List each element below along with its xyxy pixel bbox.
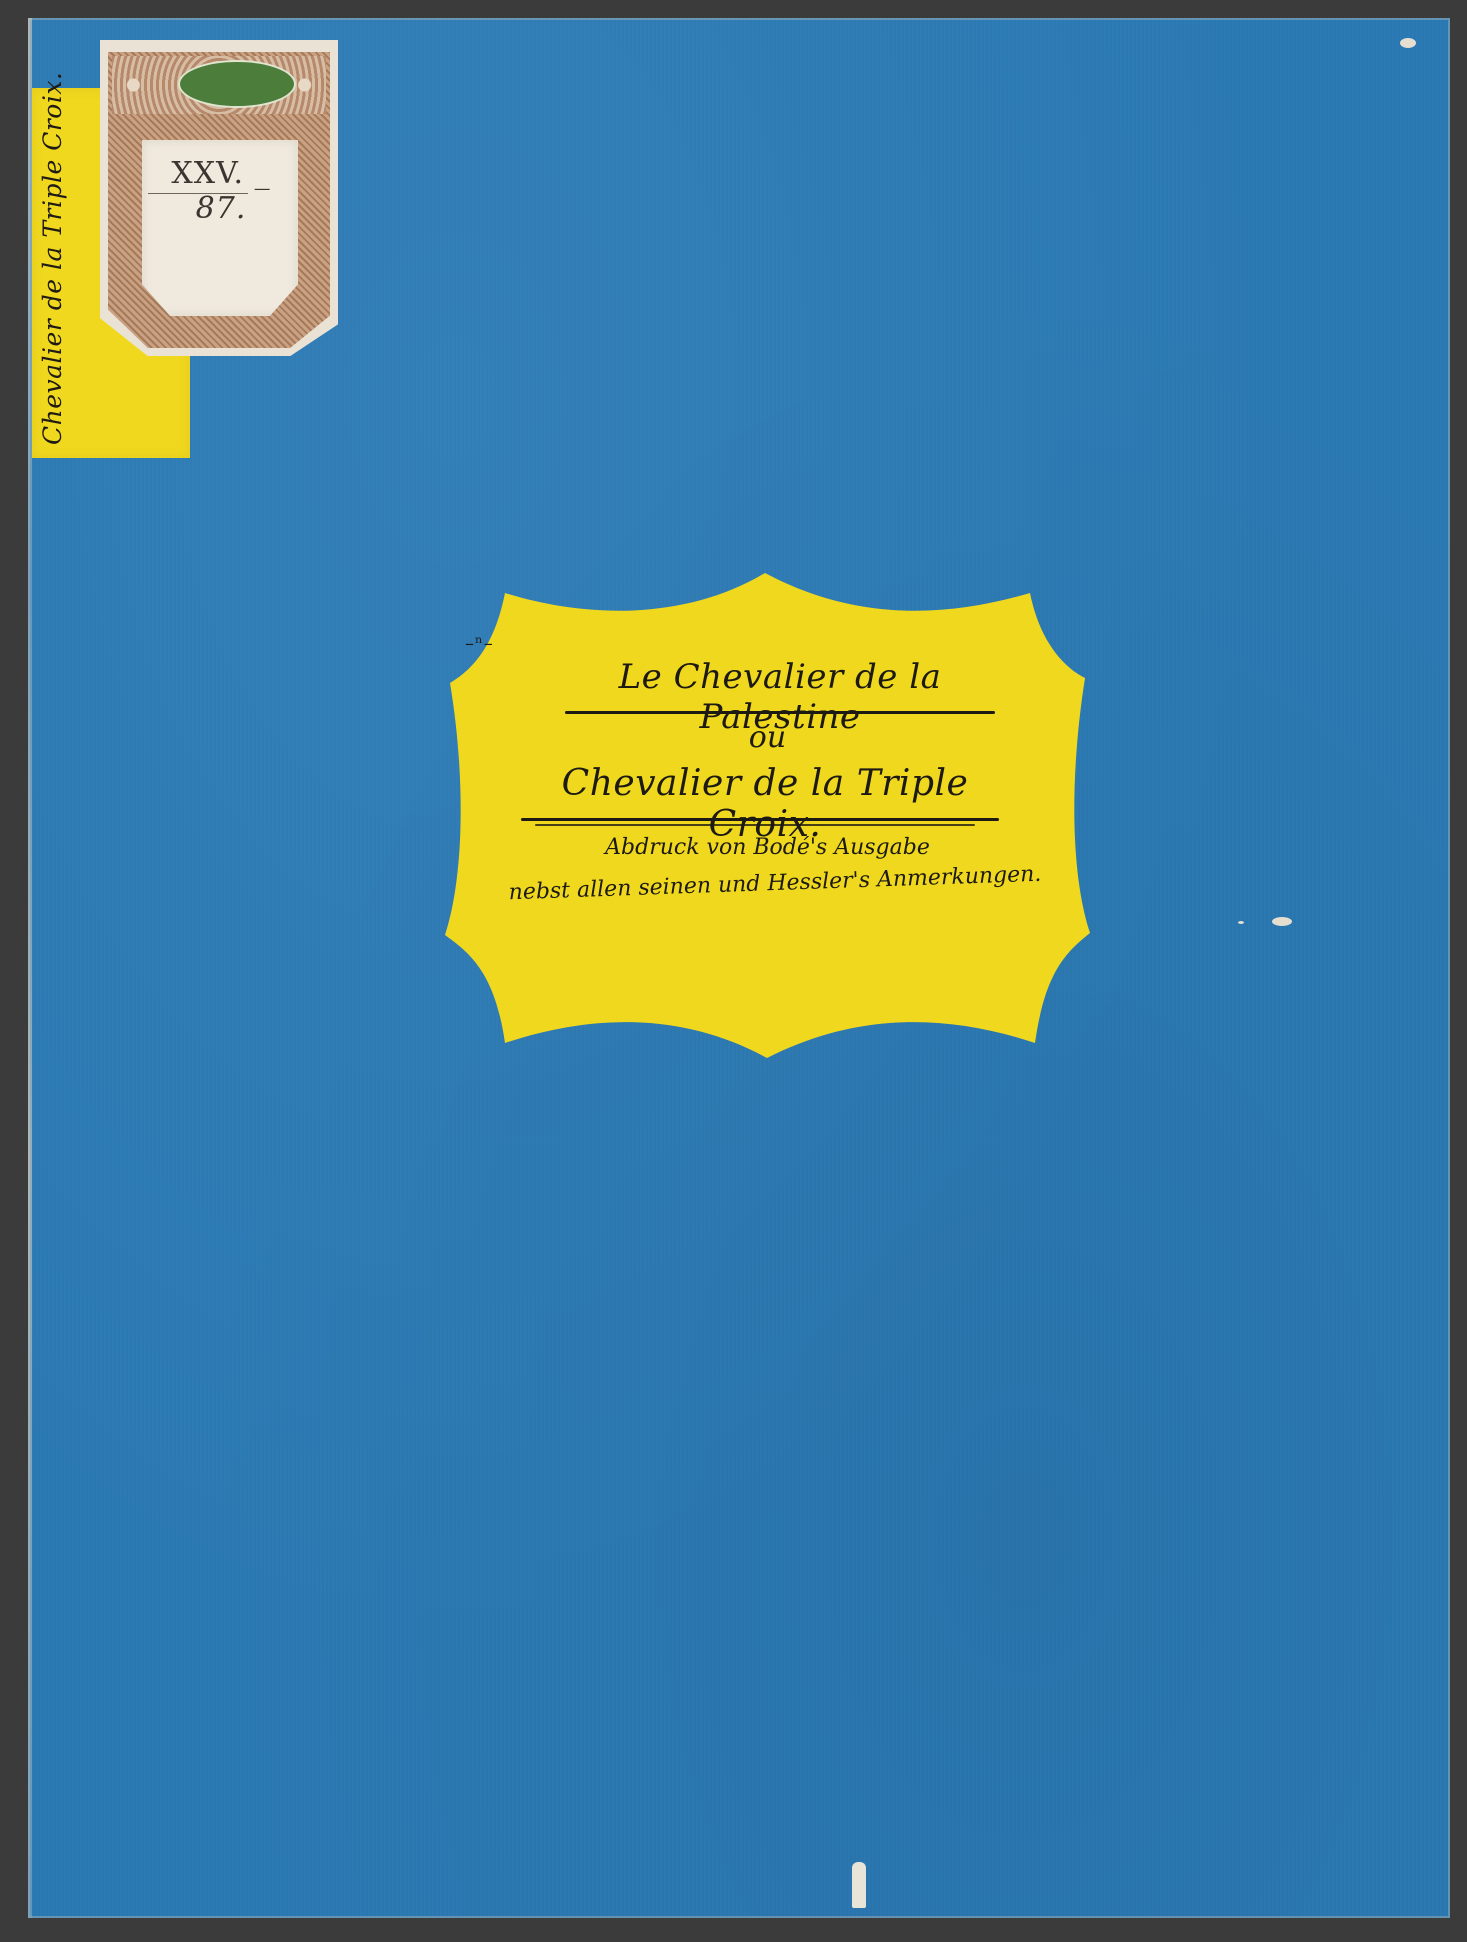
dash-mark: –ⁿ– bbox=[465, 633, 494, 654]
title-label-text: –ⁿ– Le Chevalier de la Palestine ou Chev… bbox=[445, 573, 1090, 1058]
cover-wear-mark bbox=[1238, 921, 1244, 924]
library-label-oval bbox=[180, 62, 294, 106]
title-conjunction: ou bbox=[445, 720, 1090, 755]
cover-corner-wear bbox=[1400, 38, 1416, 48]
note-line-2: nebst allen seinen und Hessler's Anmerku… bbox=[475, 861, 1076, 907]
title-underline-2b bbox=[535, 824, 975, 826]
shelfmark-separator: _ bbox=[255, 156, 271, 191]
title-underline-1 bbox=[565, 711, 995, 714]
note-line-1: Abdruck von Bodé's Ausgabe bbox=[445, 835, 1090, 860]
cover-wear-mark bbox=[1272, 917, 1292, 926]
title-line-2: Chevalier de la Triple Croix. bbox=[515, 763, 1015, 845]
spine-title-text: Chevalier de la Triple Croix. bbox=[38, 72, 67, 445]
shelfmark-series: XXV. bbox=[171, 156, 244, 191]
shelfmark-number: 87. bbox=[196, 191, 247, 226]
cover-tear bbox=[852, 1862, 866, 1908]
shelfmark: XXV. _ 87. bbox=[146, 156, 296, 226]
title-underline-2 bbox=[521, 818, 999, 821]
shelfmark-underline bbox=[148, 193, 248, 194]
